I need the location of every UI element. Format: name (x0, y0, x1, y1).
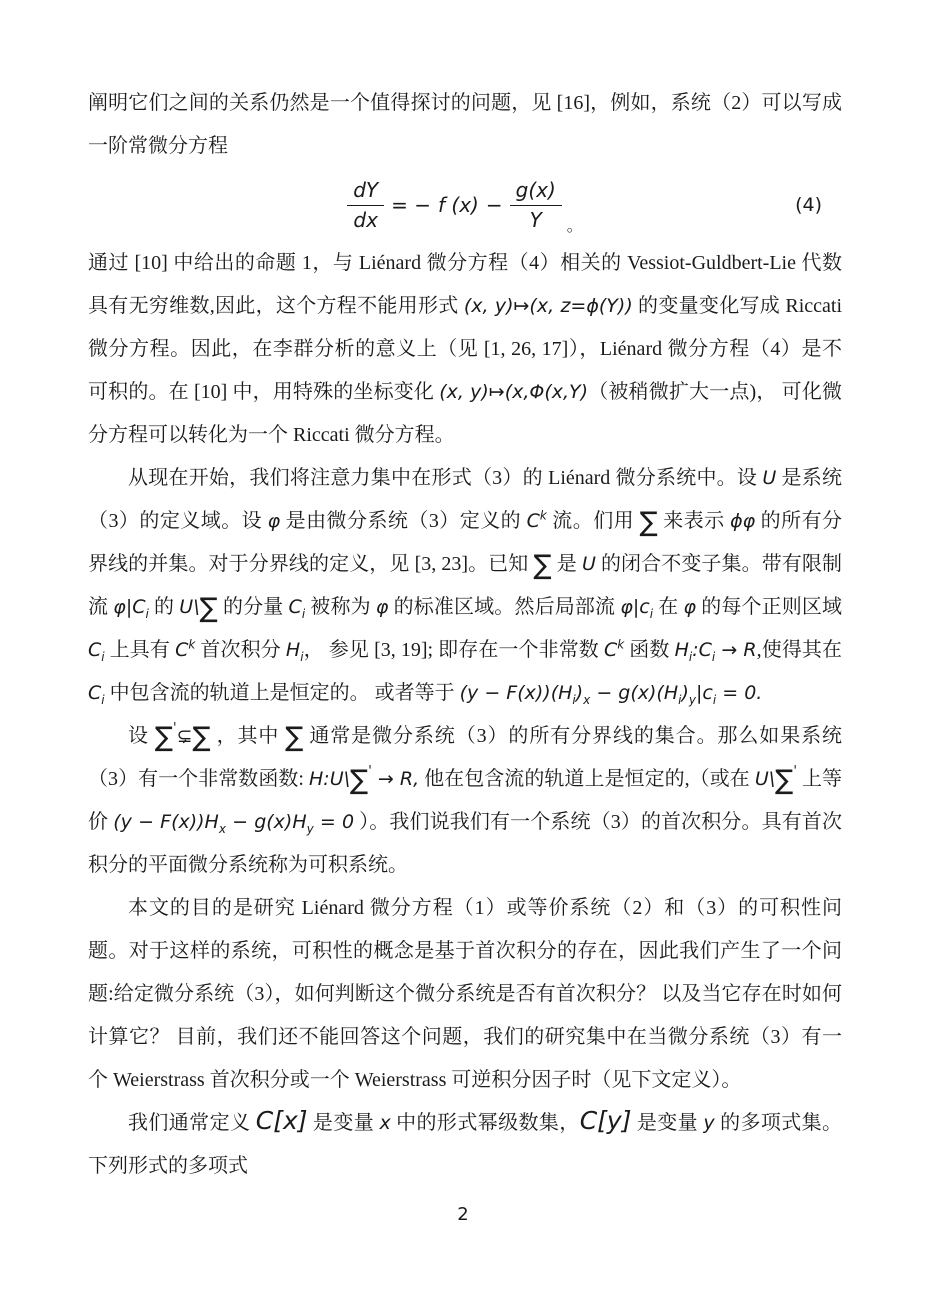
sigma-symbol: ∑ (640, 507, 658, 538)
math-run: C (289, 596, 302, 618)
equation-number: (4) (795, 194, 822, 216)
text-run: 被称为 (305, 596, 376, 618)
math-run: C (175, 639, 188, 661)
math-run: U (582, 553, 596, 575)
math-run: C (604, 639, 617, 661)
text-run: ， 参见 [3, 19]; 即存在一个非常数 (304, 639, 604, 661)
sigma-symbol: ∑ (350, 765, 368, 796)
paragraph-2: 通过 [10] 中给出的命题 1，与 Liénard 微分方程（4）相关的 Ve… (88, 242, 842, 457)
math-run: C (527, 510, 540, 532)
text-run: 他在包含流的轨道上是恒定的,（或在 (419, 768, 755, 790)
text-run: ,使得其在 (757, 639, 842, 661)
text-run: 是 (552, 553, 582, 575)
text-run: 我们通常定义 (128, 1112, 256, 1134)
sigma-symbol: ∑ (155, 722, 173, 753)
text-run: ，其中 (211, 725, 286, 747)
text-run: 来表示 (658, 510, 730, 532)
text-run: 首次积分 (195, 639, 286, 661)
text-run: 的分量 (218, 596, 289, 618)
paragraph-1: 阐明它们之间的关系仍然是一个值得探讨的问题，见 [16]，例如，系统（2）可以写… (88, 82, 842, 168)
text-run: 阐明它们之间的关系仍然是一个值得探讨的问题，见 [16]，例如，系统（2）可以写… (88, 92, 842, 157)
fraction-gx-Y: g(x)Y (510, 179, 562, 231)
text-run: 中包含流的轨道上是恒定的。 或者等于 (105, 682, 460, 704)
math-run: − g(x)H (226, 811, 307, 833)
math-run: → R (715, 639, 756, 661)
math-run: |c (696, 682, 713, 704)
math-run: U (762, 467, 776, 489)
math-run: φ (268, 510, 281, 532)
math-run: (y − F(x))H (113, 811, 219, 833)
math-run: = 0 (314, 811, 354, 833)
text-run: 在 (653, 596, 683, 618)
text-run: 是由微分系统（3）定义的 (280, 510, 526, 532)
fraction-dY-dx: dYdx (347, 179, 384, 231)
text-run: 的 (149, 596, 179, 618)
fraction-numerator: g(x) (510, 179, 562, 205)
math-run: φ (684, 596, 697, 618)
math-run: H:U\ (309, 768, 350, 790)
sigma-symbol: ∑ (533, 550, 551, 581)
text-run: 是变量 (631, 1112, 703, 1134)
text-run: 从现在开始，我们将注意力集中在形式（3）的 Liénard 微分系统中。设 (128, 467, 762, 489)
minus-operator: − (486, 193, 503, 217)
math-run: − g(x)(H (590, 682, 678, 704)
math-run: C (88, 682, 101, 704)
fraction-denominator: Y (530, 206, 542, 231)
text-run: 的标准区域。然后局部流 (388, 596, 620, 618)
subscript: x (219, 822, 226, 836)
equals-minus-operator: = − (391, 193, 431, 217)
equation-4: dYdx= −f (x)−g(x)Y。(4) (88, 168, 842, 242)
text-run: 中的形式幂级数集， (391, 1112, 580, 1134)
superscript: k (540, 508, 547, 522)
math-run: H (675, 639, 689, 661)
math-run: → R, (372, 768, 419, 790)
math-run: ϕφ (730, 510, 755, 532)
text-run: 函数 (624, 639, 674, 661)
math-run: U\ (179, 596, 199, 618)
subsetneq-symbol: ⊊ (177, 725, 193, 747)
text-run: 本文的目的是研究 Liénard 微分方程（1）或等价系统（2）和（3）的可积性… (88, 897, 842, 1091)
math-run: C[x] (256, 1106, 308, 1135)
sigma-symbol: ∑ (200, 593, 218, 624)
text-column: 阐明它们之间的关系仍然是一个值得探讨的问题，见 [16]，例如，系统（2）可以写… (88, 82, 842, 1188)
fraction-denominator: dx (353, 206, 378, 231)
text-run: 是变量 (308, 1112, 380, 1134)
period-mark: 。 (567, 213, 583, 236)
sigma-symbol: ∑ (193, 722, 211, 753)
math-run: ) (681, 682, 688, 704)
paragraph-5: 本文的目的是研究 Liénard 微分方程（1）或等价系统（2）和（3）的可积性… (88, 887, 842, 1102)
math-run: f (x) (438, 193, 479, 217)
math-run: U\ (755, 768, 775, 790)
math-run: H (286, 639, 300, 661)
math-run: C (88, 639, 101, 661)
math-run: x (380, 1112, 391, 1134)
subscript: y (689, 693, 696, 707)
sigma-symbol: ∑ (775, 765, 793, 796)
fraction-numerator: dY (347, 179, 384, 205)
math-run: C[y] (580, 1106, 632, 1135)
math-run: y (703, 1112, 714, 1134)
text-run: 流。们用 (547, 510, 640, 532)
math-run: :C (692, 639, 712, 661)
math-run: = 0. (716, 682, 762, 704)
text-run: 上具有 (105, 639, 175, 661)
math-run: φ|C (113, 596, 145, 618)
page-number: 2 (0, 1204, 926, 1225)
math-run: φ|c (620, 596, 649, 618)
math-run: (x, y)↦(x, z=ϕ(Y)) (464, 295, 633, 317)
math-run: (y − F(x))(H (460, 682, 573, 704)
sigma-symbol: ∑ (285, 722, 303, 753)
text-run: 的每个正则区域 (696, 596, 842, 618)
document-page: 阐明它们之间的关系仍然是一个值得探讨的问题，见 [16]，例如，系统（2）可以写… (0, 0, 926, 1310)
math-run: (x, y)↦(x,Φ(x,Y) (439, 381, 588, 403)
subscript: y (307, 822, 314, 836)
paragraph-3: 从现在开始，我们将注意力集中在形式（3）的 Liénard 微分系统中。设 U … (88, 457, 842, 715)
paragraph-4: 设 ∑'⊊∑ ，其中 ∑ 通常是微分系统（3）的所有分界线的集合。那么如果系统（… (88, 715, 842, 887)
paragraph-6: 我们通常定义 C[x] 是变量 x 中的形式幂级数集，C[y] 是变量 y 的多… (88, 1102, 842, 1188)
math-run: φ (376, 596, 389, 618)
text-run: 设 (128, 725, 155, 747)
